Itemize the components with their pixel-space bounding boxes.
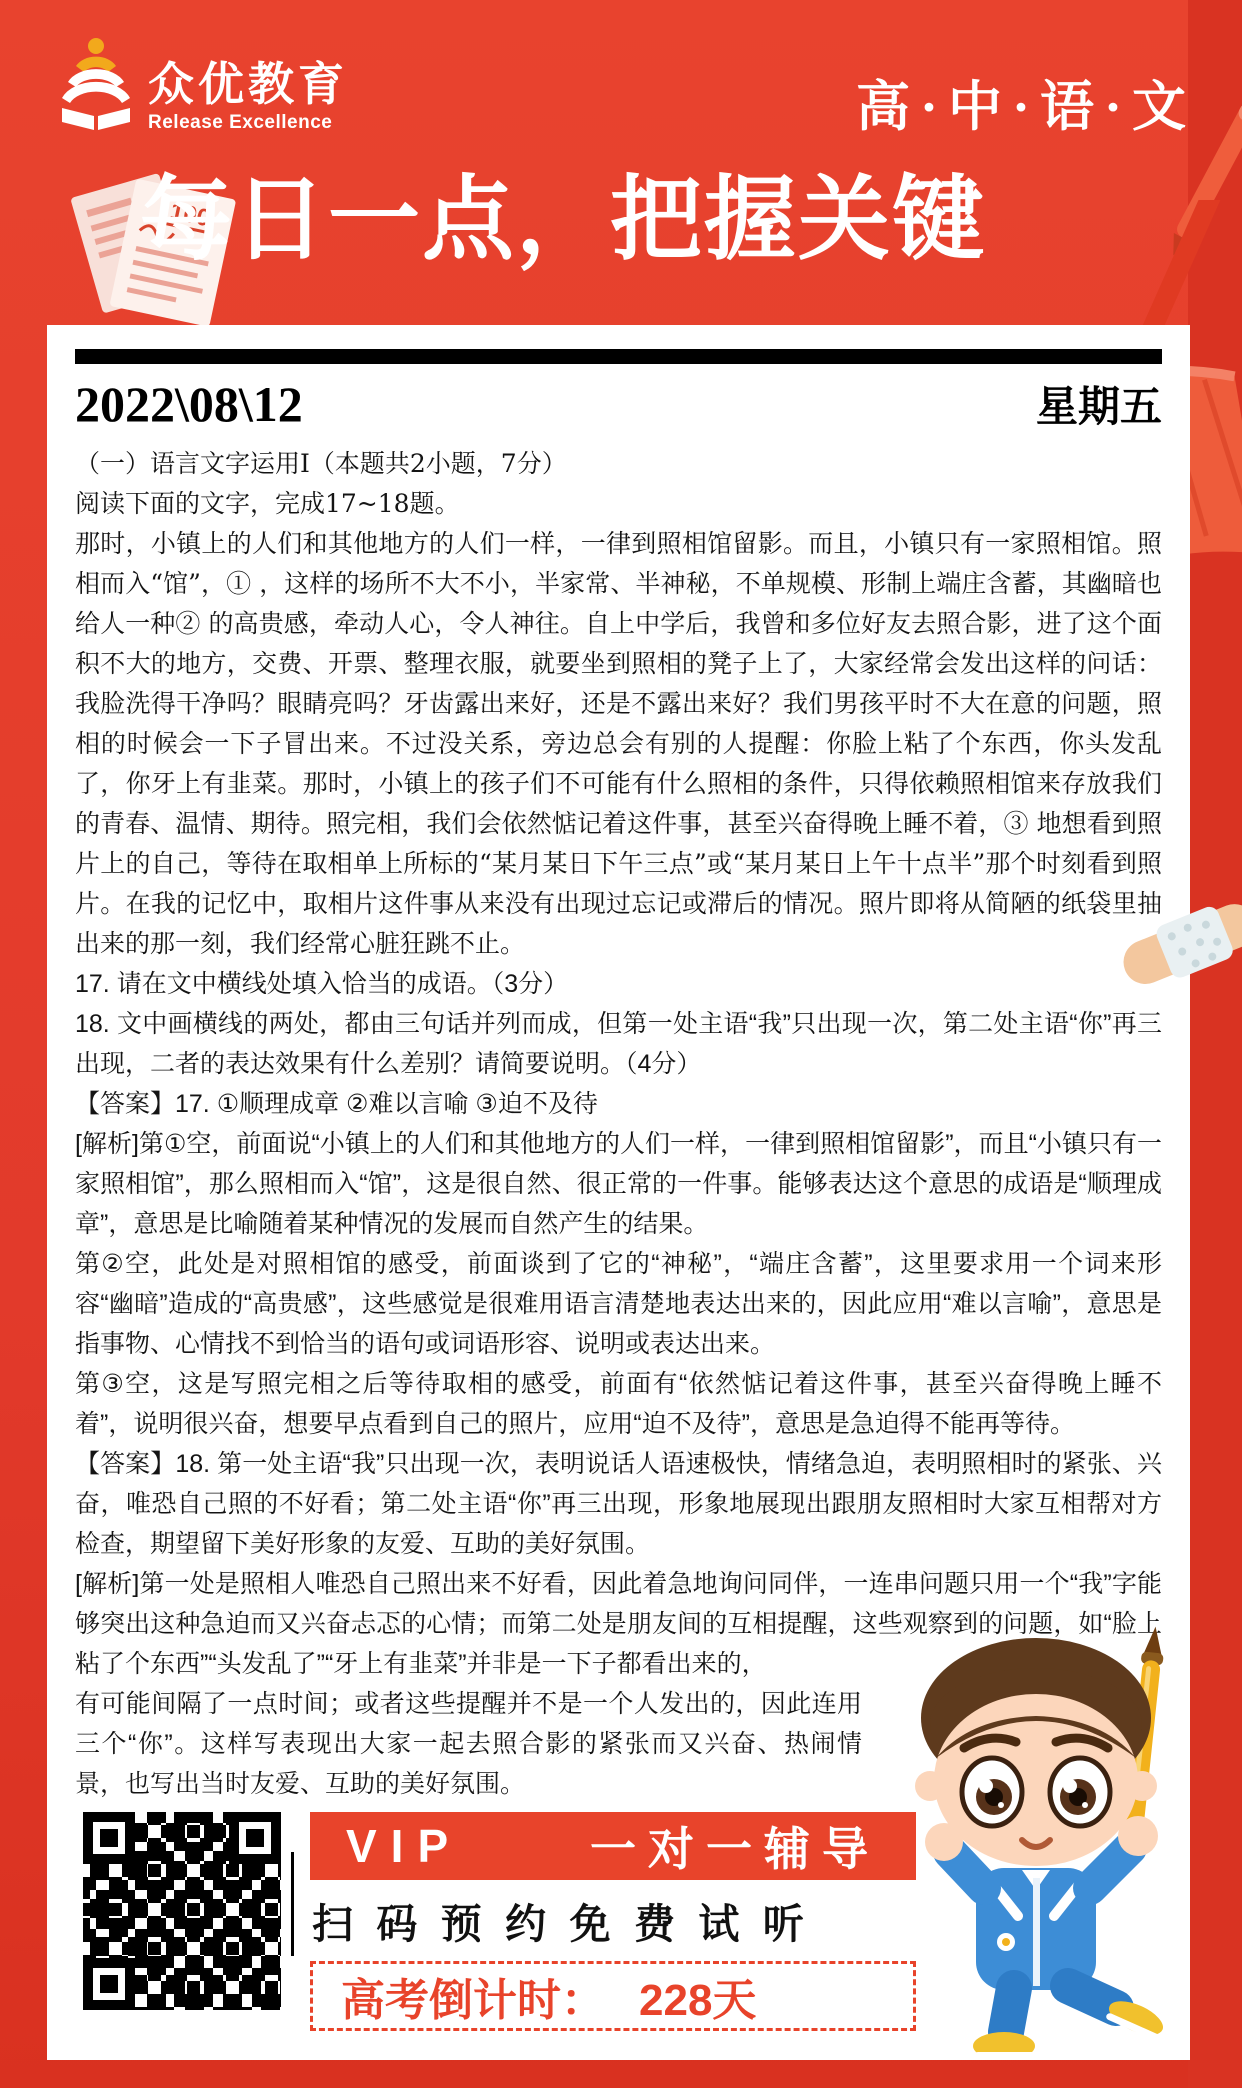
header: 众优教育 Release Excellence 高·中·语·文 <box>60 36 1196 141</box>
qr-code <box>83 1812 281 2010</box>
countdown-box: 高考倒计时： 228天 <box>310 1961 916 2031</box>
logo-tagline: Release Excellence <box>148 113 348 132</box>
question-17: 17. 请在文中横线处填入恰当的成语。（3分） <box>75 964 1162 1004</box>
vip-title: 一对一辅导 <box>590 1813 880 1879</box>
qr-finder-icon <box>229 1812 281 1864</box>
qr-divider <box>291 1852 294 1956</box>
brand-logo: 众优教育 Release Excellence <box>60 36 348 132</box>
logo-text: 众优教育 <box>148 61 348 107</box>
section-title: （一）语言文字运用Ⅰ（本题共2小题，7分） <box>75 444 1162 484</box>
answer-17-analysis-2: 第②空，此处是对照相馆的感受，前面谈到了它的“神秘”，“端庄含蓄”，这里要求用一… <box>75 1244 1162 1364</box>
vip-banner: VIP 一对一辅导 <box>310 1812 916 1880</box>
reading-passage: 那时，小镇上的人们和其他地方的人们一样，一律到照相馆留影。而且，小镇只有一家照相… <box>75 524 1162 964</box>
subject-title: 高·中·语·文 <box>856 64 1196 141</box>
answer-18: 【答案】18. 第一处主语“我”只出现一次，表明说话人语速极快，情绪急迫，表明照… <box>75 1444 1162 1564</box>
qr-finder-icon <box>83 1812 135 1864</box>
answer-17-analysis-3: 第③空，这是写照完相之后等待取相的感受，前面有“依然惦记着这件事，甚至兴奋得晚上… <box>75 1364 1162 1444</box>
slogan-title: 每日一点，把握关键 <box>140 146 986 278</box>
vip-label: VIP <box>346 1819 462 1873</box>
intro-line: 阅读下面的文字，完成17~18题。 <box>75 484 1162 524</box>
answer-17: 【答案】17. ①顺理成章 ②难以言喻 ③迫不及待 <box>75 1084 1162 1124</box>
divider-bar <box>75 349 1162 364</box>
content-card: 2022\08\12 星期五 （一）语言文字运用Ⅰ（本题共2小题，7分） 阅读下… <box>47 325 1190 2060</box>
logo-book-person-icon <box>60 36 132 132</box>
answer-18-analysis-2: 有可能间隔了一点时间；或者这些提醒并不是一个人发出的，因此连用三个“你”。这样写… <box>75 1684 862 1804</box>
countdown-label: 高考倒计时： <box>341 1964 605 2028</box>
weekday-label: 星期五 <box>1036 374 1162 434</box>
poster: 100 <box>0 0 1242 2088</box>
promo-text-block: VIP 一对一辅导 扫 码 预 约 免 费 试 听 高考倒计时： 228天 <box>310 1812 916 2031</box>
mascot-boy <box>888 1626 1188 2056</box>
date-label: 2022\08\12 <box>75 375 303 433</box>
bandage-icon <box>1110 880 1242 1010</box>
exercise-body: （一）语言文字运用Ⅰ（本题共2小题，7分） 阅读下面的文字，完成17~18题。 … <box>75 444 1162 1804</box>
qr-finder-icon <box>83 1958 135 2010</box>
date-row: 2022\08\12 星期五 <box>75 374 1162 434</box>
countdown-days: 228天 <box>639 1964 756 2028</box>
question-18: 18. 文中画横线的两处，都由三句话并列而成，但第一处主语“我”只出现一次，第二… <box>75 1004 1162 1084</box>
answer-17-analysis-1: [解析]第①空，前面说“小镇上的人们和其他地方的人们一样，一律到照相馆留影”，而… <box>75 1124 1162 1244</box>
scan-cta: 扫 码 预 约 免 费 试 听 <box>312 1891 916 1950</box>
